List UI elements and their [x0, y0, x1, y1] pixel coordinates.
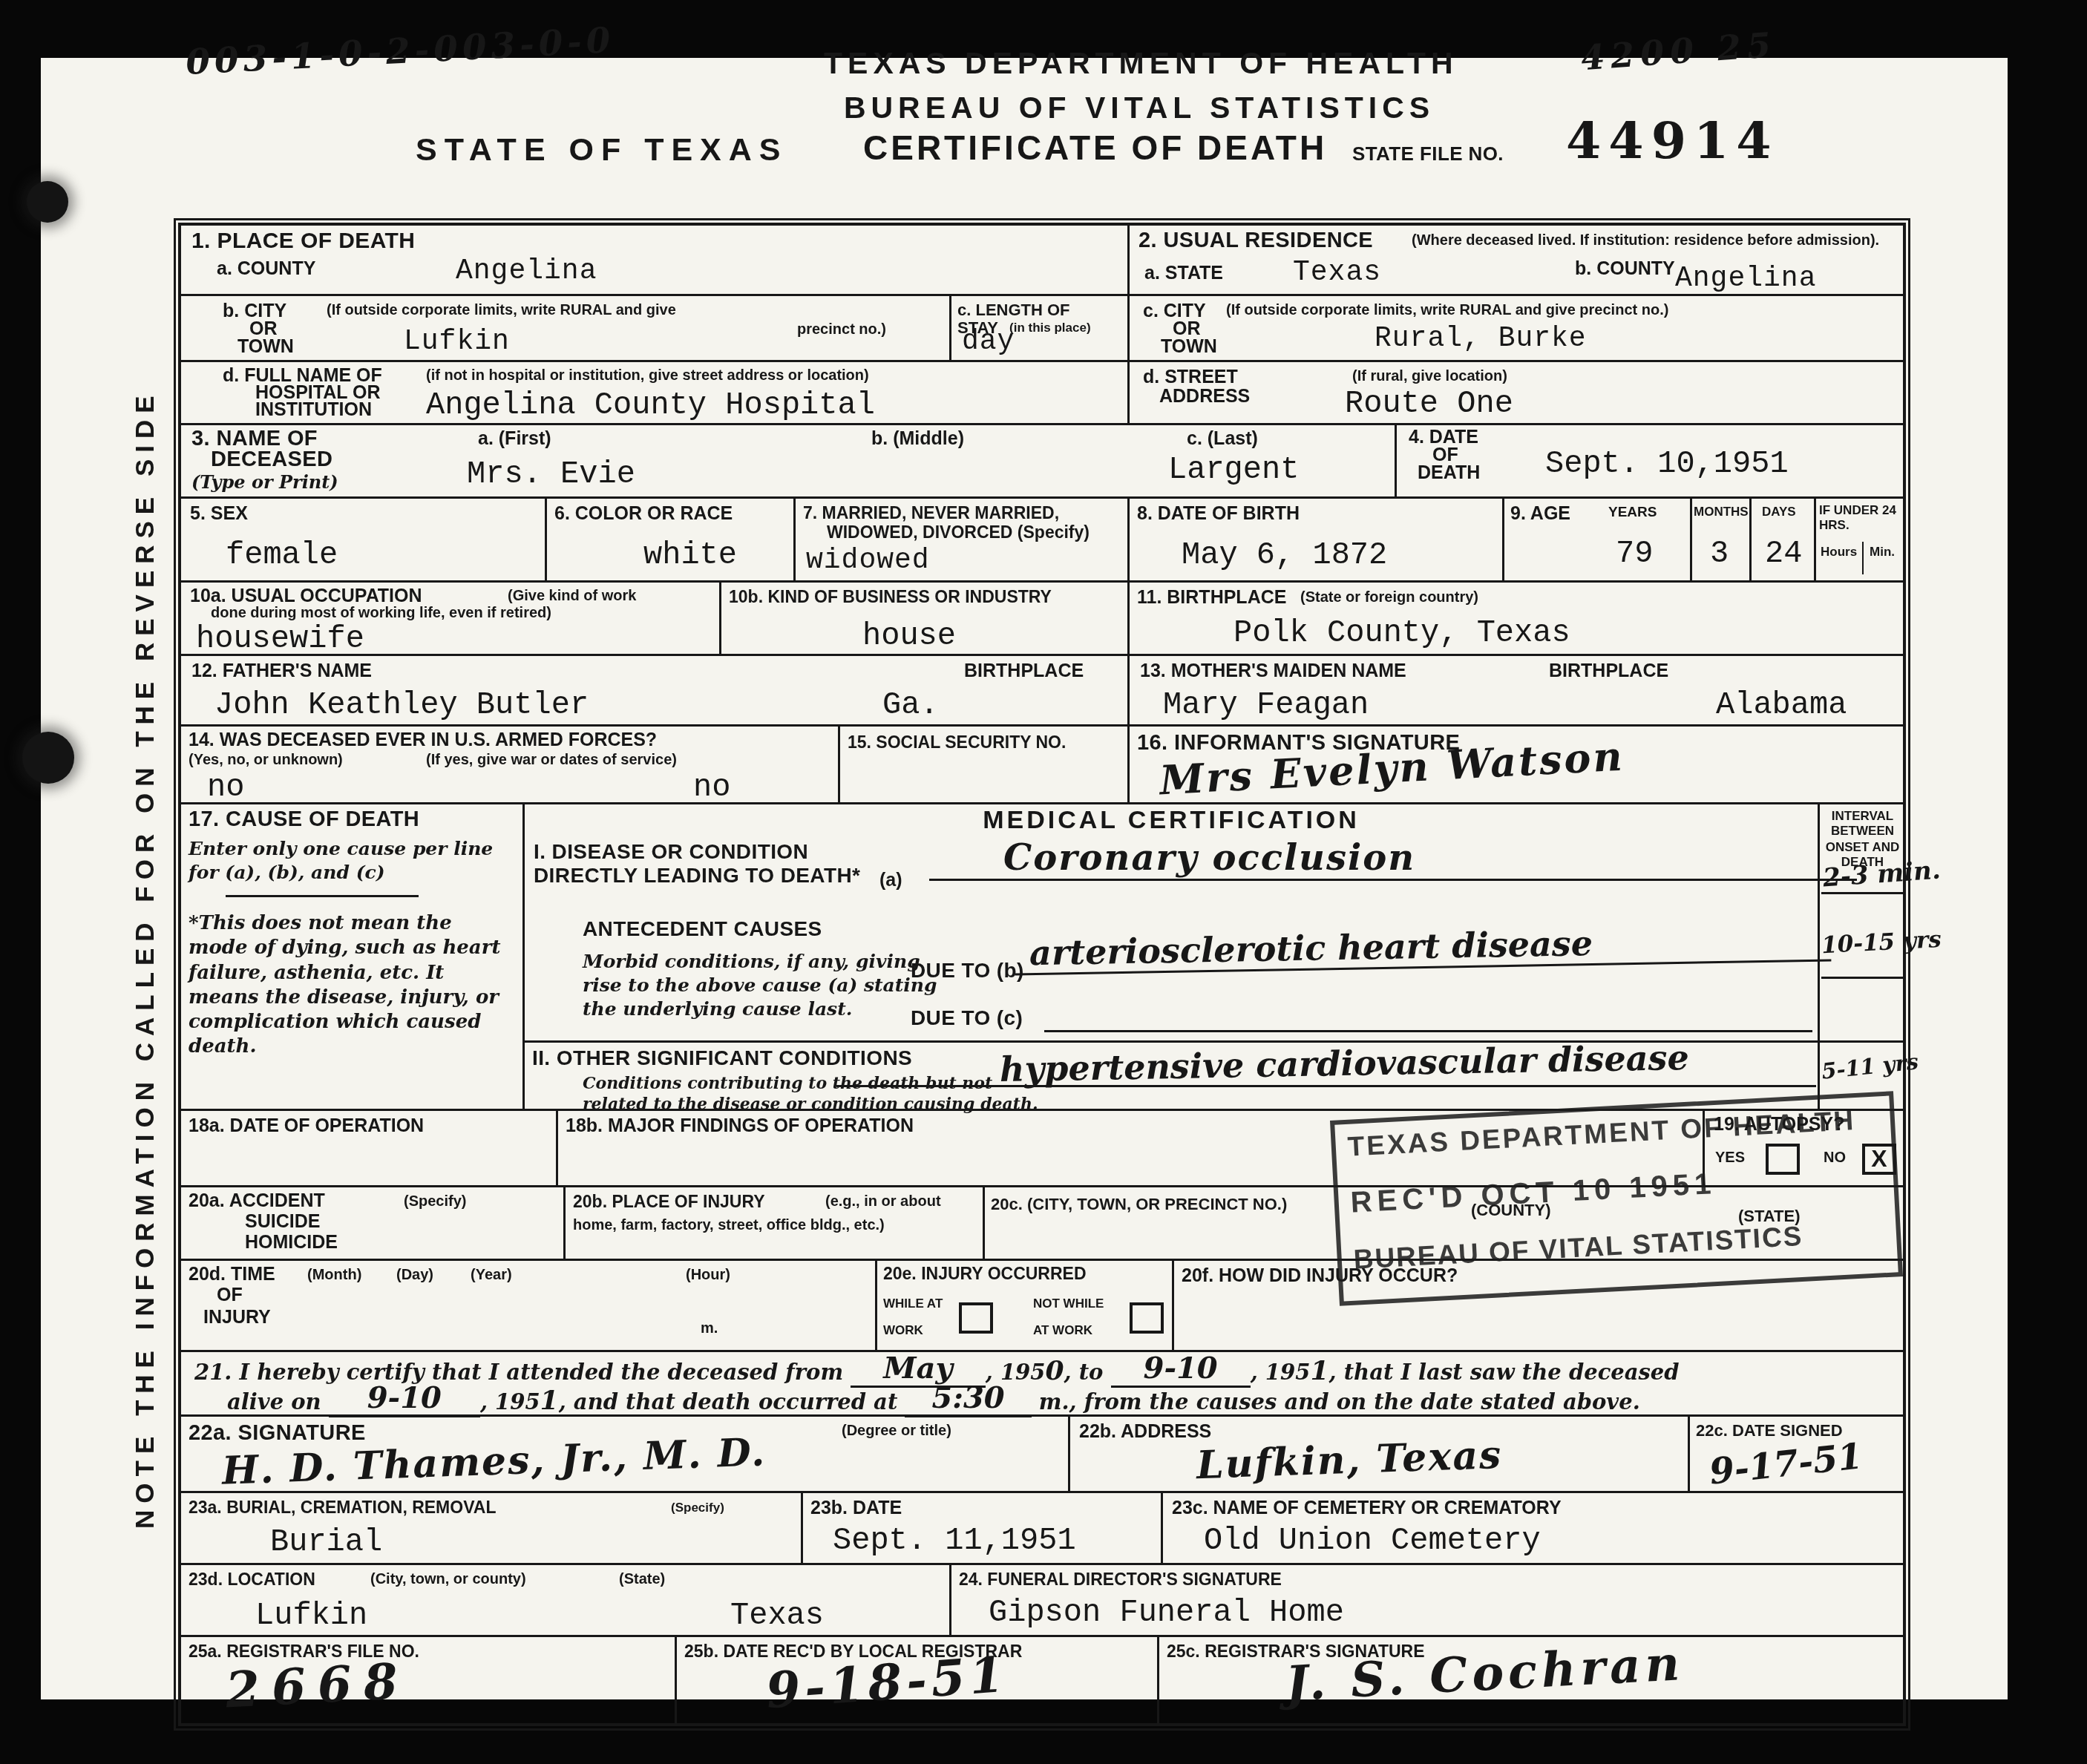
disease-label2: DIRECTLY LEADING TO DEATH*: [534, 864, 860, 888]
row-burial: 23a. BURIAL, CREMATION, REMOVAL (Specify…: [181, 1491, 1903, 1563]
race-label: 6. COLOR OR RACE: [554, 503, 733, 525]
death-city-town: TOWN: [237, 336, 294, 358]
birthplace-cell: 11. BIRTHPLACE (State or foreign country…: [1127, 583, 1903, 654]
interval-header1: INTERVAL BETWEEN: [1820, 809, 1905, 839]
certify-seg7: , 195: [480, 1389, 540, 1414]
burial-date-label: 23b. DATE: [810, 1498, 902, 1519]
location-note: (City, town, or county): [370, 1571, 526, 1588]
dod-value: Sept. 10,1951: [1545, 446, 1789, 482]
injury-time-label2: OF: [217, 1285, 243, 1306]
length-of-stay-cell: c. LENGTH OF STAY (in this place) day: [949, 296, 1127, 360]
residence-city-town: TOWN: [1161, 336, 1217, 358]
cemetery-cell: 23c. NAME OF CEMETERY OR CREMATORY Old U…: [1161, 1493, 1903, 1563]
residence-county-label: b. COUNTY: [1575, 258, 1675, 280]
burial-value: Burial: [270, 1524, 382, 1560]
physician-address-cell: 22b. ADDRESS Lufkin, Texas: [1068, 1417, 1688, 1491]
while-at-work-checkbox: [959, 1302, 993, 1334]
stamp-line2: REC'D OCT 10 1951: [1350, 1167, 1717, 1220]
name-title3: (Type or Print): [191, 471, 338, 494]
dob-label: 8. DATE OF BIRTH: [1137, 503, 1300, 525]
cause-a-value: Coronary occlusion: [929, 837, 1857, 881]
not-while-at-work-checkbox: [1130, 1302, 1164, 1334]
father-label: 12. FATHER'S NAME: [191, 660, 372, 682]
last-name-label: c. (Last): [1187, 428, 1258, 450]
other-conditions-value: hypertensive cardiovascular disease: [1000, 1037, 1690, 1089]
age-months-col: MONTHS 3: [1690, 499, 1749, 580]
physician-sig-note: (Degree or title): [842, 1423, 951, 1440]
father-birthplace-label: BIRTHPLACE: [964, 660, 1084, 682]
other-conditions-note: Conditions contributing to the death but…: [583, 1073, 1058, 1115]
place-of-injury-label: 20b. PLACE OF INJURY: [573, 1192, 765, 1212]
father-name-value: John Keathley Butler: [214, 687, 589, 723]
location-state-value: Texas: [730, 1598, 824, 1633]
cause-divider: [226, 895, 419, 897]
age-days-value: 24: [1765, 536, 1802, 571]
cause-instr1: Enter only one cause per line for (a), (…: [189, 837, 500, 885]
hospital-value: Angelina County Hospital: [426, 387, 875, 423]
row-forces-informant: 14. WAS DECEASED EVER IN U.S. ARMED FORC…: [181, 724, 1903, 802]
name-of-deceased-cell: 3. NAME OF DECEASED (Type or Print) a. (…: [181, 425, 1395, 496]
place-of-injury-note1: (e.g., in or about: [825, 1193, 941, 1210]
due-to-b-label: DUE TO (b): [911, 959, 1024, 983]
certify-seg4: , 195: [1251, 1360, 1311, 1385]
interval-b-line: [1821, 977, 1903, 979]
residence-city-cell: c. CITY (If outside corporate limits, wr…: [1127, 296, 1903, 360]
certify-seg8: , and that death occurred at: [559, 1389, 898, 1414]
street-note: (If rural, give location): [1352, 368, 1507, 385]
burial-date-cell: 23b. DATE Sept. 11,1951: [801, 1493, 1161, 1563]
injury-occurred-label: 20e. INJURY OCCURRED: [883, 1264, 1087, 1284]
residence-city-value: Rural, Burke: [1375, 323, 1587, 355]
certify-seg9: m., from the causes and on the date stat…: [1039, 1389, 1640, 1414]
age-days-col: DAYS 24: [1749, 499, 1816, 580]
armed-forces-value2: no: [693, 770, 730, 805]
injury-day-label: (Day): [396, 1267, 433, 1284]
operation-findings-label: 18b. MAJOR FINDINGS OF OPERATION: [566, 1115, 914, 1137]
marital-value: widowed: [806, 545, 930, 577]
ssn-cell: 15. SOCIAL SECURITY NO.: [838, 727, 1127, 802]
marital-label1: 7. MARRIED, NEVER MARRIED,: [803, 503, 1059, 523]
operation-date-label: 18a. DATE OF OPERATION: [189, 1115, 424, 1137]
certification-cell: 21. I hereby certify that I attended the…: [181, 1352, 1903, 1414]
hospital-cell: d. FULL NAME OF (if not in hospital or i…: [181, 362, 1127, 423]
physician-address: Lufkin, Texas: [1196, 1432, 1503, 1488]
accident-label1: 20a. ACCIDENT: [189, 1190, 325, 1212]
row-cause-of-death: 17. CAUSE OF DEATH Enter only one cause …: [181, 802, 1903, 1109]
usual-residence-cell: 2. USUAL RESIDENCE (Where deceased lived…: [1127, 226, 1903, 294]
armed-forces-note2: (If yes, give war or dates of service): [426, 752, 677, 769]
cemetery-label: 23c. NAME OF CEMETERY OR CREMATORY: [1172, 1498, 1562, 1519]
funeral-director-value: Gipson Funeral Home: [989, 1595, 1344, 1630]
residence-state-value: Texas: [1293, 257, 1381, 289]
birthplace-value: Polk County, Texas: [1233, 615, 1570, 651]
accident-note: (Specify): [404, 1193, 466, 1210]
dob-cell: 8. DATE OF BIRTH May 6, 1872: [1127, 499, 1502, 580]
place-of-injury-note2: home, farm, factory, street, office bldg…: [573, 1217, 885, 1234]
physician-address-label: 22b. ADDRESS: [1079, 1421, 1211, 1443]
morbid-note: Morbid conditions, if any, giving rise t…: [583, 950, 946, 1021]
accident-label3: HOMICIDE: [245, 1232, 338, 1253]
interval-divider: [1820, 1040, 1905, 1043]
time-of-injury-cell: 20d. TIME OF INJURY (Month) (Day) (Year)…: [181, 1261, 875, 1350]
under-24hrs-cell: IF UNDER 24 HRS. Hours Min.: [1814, 499, 1903, 580]
occupation-note1: (Give kind of work: [508, 588, 636, 605]
certify-seg3: , to: [1064, 1360, 1104, 1385]
place-of-injury-cell: 20b. PLACE OF INJURY (e.g., in or about …: [563, 1187, 983, 1259]
row-certification: 21. I hereby certify that I attended the…: [181, 1350, 1903, 1414]
certify-d3: 1: [540, 1385, 559, 1416]
street-label2: ADDRESS: [1159, 386, 1250, 407]
injury-city-label: 20c. (CITY, TOWN, OR PRECINCT NO.): [991, 1195, 1287, 1214]
registrar-date-cell: 25b. DATE REC'D BY LOCAL REGISTRAR 9-18-…: [675, 1637, 1157, 1723]
age-years-label: YEARS: [1608, 505, 1657, 521]
medical-certification-title: MEDICAL CERTIFICATION: [525, 806, 1818, 835]
location-label: 23d. LOCATION: [189, 1570, 315, 1590]
header-state-of-texas: STATE OF TEXAS: [416, 132, 788, 168]
injury-time-label1: 20d. TIME: [189, 1264, 275, 1285]
burial-cell: 23a. BURIAL, CREMATION, REMOVAL (Specify…: [181, 1493, 801, 1563]
mother-label: 13. MOTHER'S MAIDEN NAME: [1140, 660, 1406, 682]
certify-seg6: alive on: [227, 1389, 321, 1414]
first-name-value: Mrs. Evie: [467, 456, 635, 492]
medical-certification-cell: MEDICAL CERTIFICATION I. DISEASE OR COND…: [522, 804, 1818, 1109]
row-physician: 22a. SIGNATURE (Degree or title) H. D. T…: [181, 1414, 1903, 1491]
row-name-date: 3. NAME OF DECEASED (Type or Print) a. (…: [181, 423, 1903, 496]
county-value: Angelina: [456, 255, 597, 287]
death-city-note2: precinct no.): [797, 321, 886, 338]
street-label1: d. STREET: [1143, 367, 1238, 388]
age-years-value: 79: [1616, 536, 1653, 571]
sex-value: female: [226, 537, 338, 573]
stay-value: day: [962, 326, 1015, 358]
hole-punch-bottom: [22, 732, 74, 784]
row-place-residence-top: 1. PLACE OF DEATH a. COUNTY Angelina 2. …: [181, 226, 1903, 294]
father-cell: 12. FATHER'S NAME BIRTHPLACE John Keathl…: [181, 656, 1127, 724]
state-file-no-label: STATE FILE NO.: [1352, 142, 1504, 165]
injury-m-label: m.: [701, 1320, 718, 1337]
occupation-note2: done during most of working life, even i…: [211, 605, 551, 622]
not-at-work-label: AT WORK: [1033, 1323, 1092, 1338]
marital-label2: WIDOWED, DIVORCED (Specify): [827, 522, 1090, 542]
cause-instr2: *This does not mean the mode of dying, s…: [189, 911, 508, 1060]
birthplace-note: (State or foreign country): [1300, 589, 1478, 606]
physician-sig-label: 22a. SIGNATURE: [189, 1421, 366, 1446]
header-bureau: BUREAU OF VITAL STATISTICS: [824, 91, 1455, 125]
injury-hour-label: (Hour): [686, 1267, 730, 1284]
under-min-label: Min.: [1870, 545, 1895, 560]
death-city-cell: b. CITY (If outside corporate limits, wr…: [181, 296, 949, 360]
certify-seg5: , that I last saw the deceased: [1328, 1360, 1679, 1385]
reverse-side-note: NOTE THE INFORMATION CALLED FOR ON THE R…: [131, 245, 160, 1529]
due-to-c-label: DUE TO (c): [911, 1006, 1023, 1030]
dob-value: May 6, 1872: [1182, 537, 1387, 573]
last-name-value: Largent: [1168, 452, 1299, 488]
first-name-label: a. (First): [478, 428, 551, 450]
stay-note: (in this place): [1009, 321, 1091, 335]
cause-b-value: arteriosclerotic heart disease: [1015, 919, 1832, 975]
state-file-no-value: 44914: [1566, 111, 1779, 171]
under-24-label: IF UNDER 24 HRS.: [1819, 503, 1901, 534]
certify-seg1: 21. I hereby certify that I attended the…: [194, 1360, 843, 1385]
row-registrar: 25a. REGISTRAR'S FILE NO. 2668 25b. DATE…: [181, 1635, 1903, 1723]
street-address-cell: d. STREET ADDRESS (If rural, give locati…: [1127, 362, 1903, 423]
certificate-form: 1. PLACE OF DEATH a. COUNTY Angelina 2. …: [178, 223, 1906, 1726]
header-department: TEXAS DEPARTMENT OF HEALTH: [824, 46, 1455, 81]
armed-forces-note1: (Yes, no, or unknown): [189, 752, 343, 769]
mother-birthplace-label: BIRTHPLACE: [1549, 660, 1668, 682]
mother-name-value: Mary Feagan: [1163, 687, 1369, 723]
certify-time-value: 5:30: [905, 1380, 1031, 1417]
death-city-note1: (If outside corporate limits, write RURA…: [327, 302, 676, 319]
age-months-value: 3: [1710, 536, 1729, 571]
under-divider: [1862, 542, 1864, 574]
hospital-note: (if not in hospital or institution, give…: [426, 367, 869, 384]
father-birthplace-value: Ga.: [882, 687, 939, 723]
row-occupation: 10a. USUAL OCCUPATION (Give kind of work…: [181, 580, 1903, 654]
while-at-label: WHILE AT: [883, 1296, 943, 1311]
birthplace-label: 11. BIRTHPLACE: [1137, 587, 1286, 609]
row-city: b. CITY (If outside corporate limits, wr…: [181, 294, 1903, 360]
scanned-death-certificate: 003-1-0-2-003-0-0 4200 25 TEXAS DEPARTME…: [0, 0, 2087, 1764]
dod-label3: DEATH: [1418, 462, 1480, 484]
location-city-value: Lufkin: [255, 1598, 367, 1633]
county-label: a. COUNTY: [217, 258, 315, 280]
row-demographics: 5. SEX female 6. COLOR OR RACE white 7. …: [181, 496, 1903, 580]
industry-value: house: [862, 618, 956, 654]
injury-time-label3: INJURY: [203, 1307, 271, 1328]
age-months-label: MONTHS: [1694, 505, 1749, 519]
race-cell: 6. COLOR OR RACE white: [545, 499, 793, 580]
death-city-value: Lufkin: [404, 326, 510, 358]
date-of-death-cell: 4. DATE OF DEATH Sept. 10,1951: [1395, 425, 1903, 496]
ssn-label: 15. SOCIAL SECURITY NO.: [848, 732, 1066, 753]
middle-name-label: b. (Middle): [871, 428, 964, 450]
cause-instructions-cell: 17. CAUSE OF DEATH Enter only one cause …: [181, 804, 522, 1109]
interval-other-value: 5-11 yrs: [1821, 1049, 1920, 1084]
burial-note: (Specify): [671, 1501, 724, 1515]
burial-date-value: Sept. 11,1951: [833, 1523, 1076, 1558]
mother-birthplace-value: Alabama: [1716, 687, 1847, 723]
usual-residence-title: 2. USUAL RESIDENCE: [1138, 229, 1373, 253]
occupation-cell: 10a. USUAL OCCUPATION (Give kind of work…: [181, 583, 719, 654]
location-state-note: (State): [619, 1571, 665, 1588]
injury-year-label: (Year): [471, 1267, 512, 1284]
place-of-death-cell: 1. PLACE OF DEATH a. COUNTY Angelina: [181, 226, 1127, 294]
hospital-label3: INSTITUTION: [255, 399, 372, 421]
physician-signature-cell: 22a. SIGNATURE (Degree or title) H. D. T…: [181, 1417, 1068, 1491]
name-title2: DECEASED: [211, 447, 332, 472]
residence-county-value: Angelina: [1675, 263, 1816, 295]
armed-forces-cell: 14. WAS DECEASED EVER IN U.S. ARMED FORC…: [181, 727, 838, 802]
informant-cell: 16. INFORMANT'S SIGNATURE Mrs Evelyn Wat…: [1127, 727, 1903, 802]
accident-cell: 20a. ACCIDENT SUICIDE HOMICIDE (Specify): [181, 1187, 563, 1259]
interval-column: INTERVAL BETWEEN ONSET AND DEATH 2-3 min…: [1818, 804, 1903, 1109]
residence-state-label: a. STATE: [1144, 263, 1223, 284]
sex-cell: 5. SEX female: [181, 499, 545, 580]
cemetery-value: Old Union Cemetery: [1204, 1523, 1541, 1558]
residence-city-note: (If outside corporate limits, write RURA…: [1226, 302, 1668, 319]
stay-label1: c. LENGTH OF: [957, 301, 1070, 320]
other-conditions-label: II. OTHER SIGNIFICANT CONDITIONS: [532, 1046, 912, 1070]
sex-label: 5. SEX: [190, 503, 248, 525]
antecedent-label: ANTECEDENT CAUSES: [583, 917, 822, 941]
received-stamp: TEXAS DEPARTMENT OF HEALTH REC'D OCT 10 …: [1330, 1091, 1903, 1305]
header-certificate-title: CERTIFICATE OF DEATH: [863, 128, 1327, 168]
accident-label2: SUICIDE: [245, 1211, 320, 1233]
under-hours-label: Hours: [1821, 545, 1857, 560]
other-conditions-line: [836, 1085, 1816, 1087]
age-cell: 9. AGE YEARS 79 MONTHS 3 DAYS 24: [1502, 499, 1814, 580]
cause-a-tag: (a): [879, 870, 902, 891]
row-hospital-street: d. FULL NAME OF (if not in hospital or i…: [181, 360, 1903, 423]
occupation-value: housewife: [196, 621, 364, 657]
date-signed-label: 22c. DATE SIGNED: [1696, 1421, 1843, 1440]
mother-cell: 13. MOTHER'S MAIDEN NAME BIRTHPLACE Mary…: [1127, 656, 1903, 724]
age-label: 9. AGE: [1510, 503, 1570, 525]
occupation-label: 10a. USUAL OCCUPATION: [190, 586, 422, 607]
cause-c-line: [1044, 1005, 1812, 1032]
usual-residence-note: (Where deceased lived. If institution: r…: [1412, 232, 1894, 249]
date-signed-value: 9-17-51: [1708, 1435, 1865, 1492]
stamp-line3: BUREAU OF VITAL STATISTICS: [1353, 1221, 1804, 1276]
injury-month-label: (Month): [307, 1267, 361, 1284]
registrar-signature-cell: 25c. REGISTRAR'S SIGNATURE J. S. Cochran: [1157, 1637, 1903, 1723]
row-location-director: 23d. LOCATION (City, town, or county) (S…: [181, 1563, 1903, 1635]
registrar-file-cell: 25a. REGISTRAR'S FILE NO. 2668: [181, 1637, 675, 1723]
armed-forces-value1: no: [207, 770, 244, 805]
funeral-director-label: 24. FUNERAL DIRECTOR'S SIGNATURE: [959, 1570, 1282, 1590]
race-value: white: [643, 537, 737, 573]
hole-punch-top: [27, 181, 68, 223]
age-days-label: DAYS: [1762, 505, 1796, 519]
interval-a-line: [1821, 892, 1903, 894]
armed-forces-label: 14. WAS DECEASED EVER IN U.S. ARMED FORC…: [189, 729, 657, 751]
burial-label: 23a. BURIAL, CREMATION, REMOVAL: [189, 1498, 496, 1518]
industry-label: 10b. KIND OF BUSINESS OR INDUSTRY: [729, 587, 1052, 607]
certify-alive-value: 9-10: [329, 1380, 480, 1417]
marital-cell: 7. MARRIED, NEVER MARRIED, WIDOWED, DIVO…: [793, 499, 1127, 580]
row-parents: 12. FATHER'S NAME BIRTHPLACE John Keathl…: [181, 654, 1903, 724]
not-while-label: NOT WHILE: [1033, 1296, 1104, 1311]
funeral-director-cell: 24. FUNERAL DIRECTOR'S SIGNATURE Gipson …: [949, 1565, 1903, 1635]
industry-cell: 10b. KIND OF BUSINESS OR INDUSTRY house: [719, 583, 1127, 654]
disease-label1: I. DISEASE OR CONDITION: [534, 840, 808, 864]
cause-label: 17. CAUSE OF DEATH: [189, 807, 419, 832]
date-signed-cell: 22c. DATE SIGNED 9-17-51: [1688, 1417, 1903, 1491]
while-work-label: WORK: [883, 1323, 923, 1338]
street-value: Route One: [1345, 386, 1513, 422]
burial-location-cell: 23d. LOCATION (City, town, or county) (S…: [181, 1565, 949, 1635]
registrar-file-value: 2668: [224, 1652, 410, 1719]
place-of-death-title: 1. PLACE OF DEATH: [191, 229, 415, 254]
injury-occurred-cell: 20e. INJURY OCCURRED WHILE AT WORK NOT W…: [875, 1261, 1172, 1350]
age-years-col: 9. AGE YEARS 79: [1504, 499, 1690, 580]
operation-date-cell: 18a. DATE OF OPERATION: [181, 1111, 556, 1185]
